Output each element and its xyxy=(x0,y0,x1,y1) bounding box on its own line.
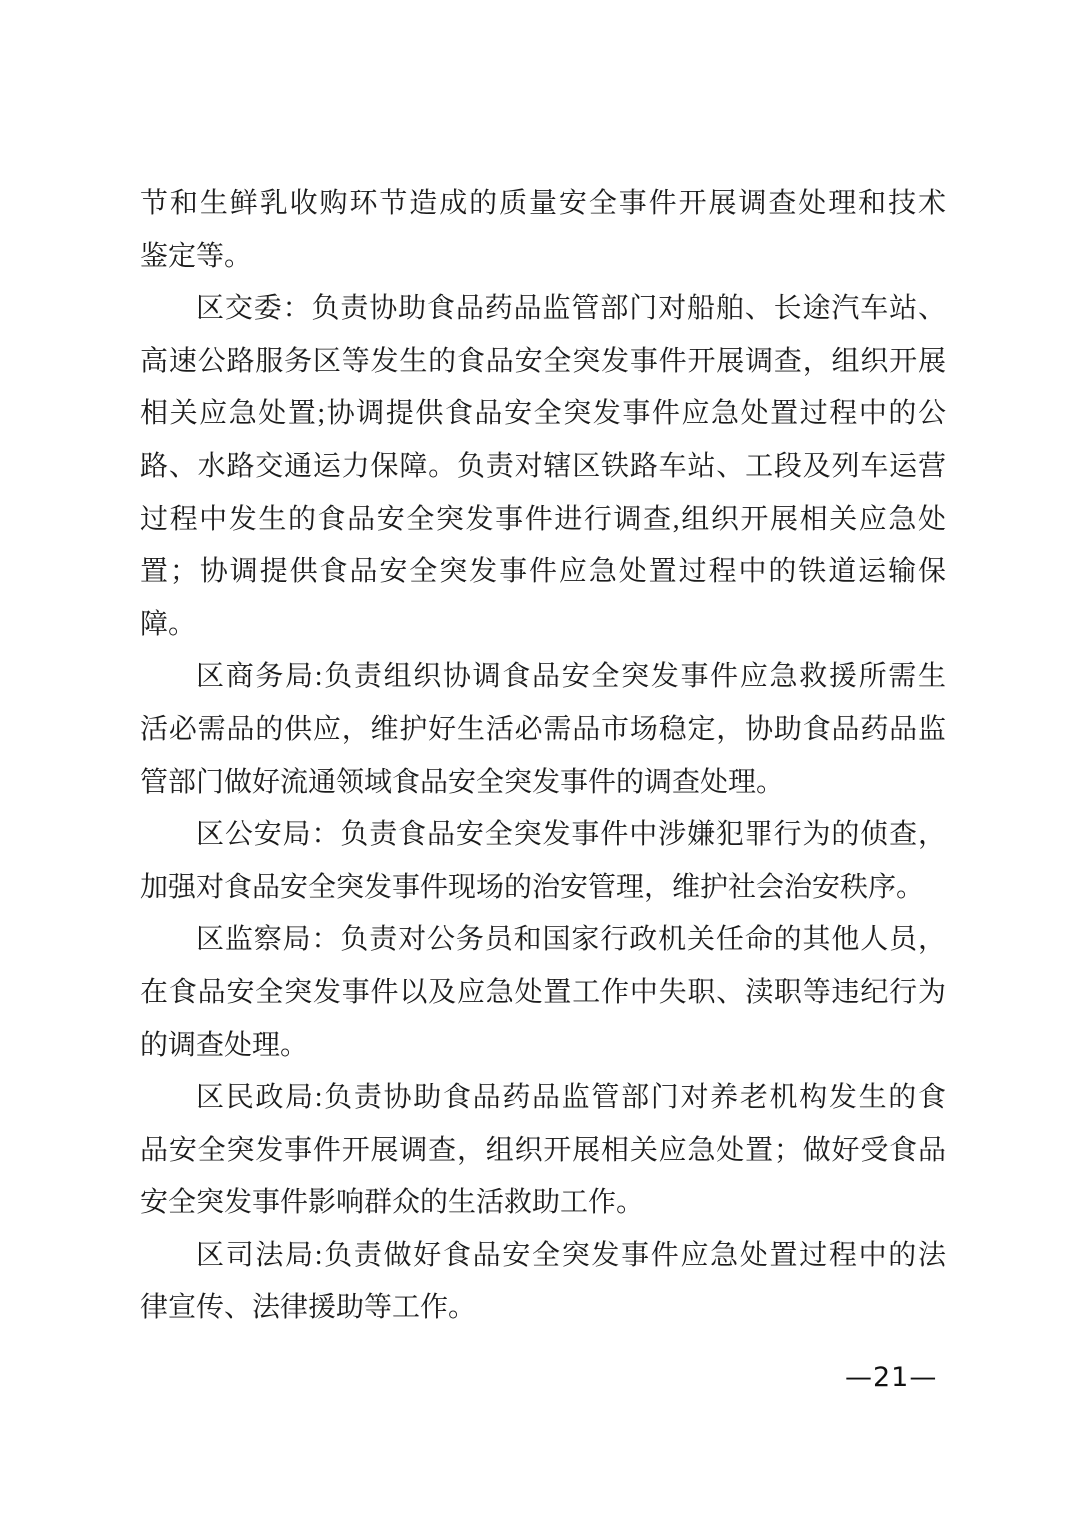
text-line: 节和生鲜乳收购环节造成的质量安全事件开展调查处理和技术 xyxy=(140,178,946,231)
text-line: 区监察局：负责对公务员和国家行政机关任命的其他人员， xyxy=(140,914,946,967)
page-number: —21— xyxy=(845,1362,937,1393)
text-line: 区公安局：负责食品安全突发事件中涉嫌犯罪行为的侦查， xyxy=(140,809,946,862)
paragraph-minzhengju: 区民政局:负责协助食品药品监管部门对养老机构发生的食 品安全突发事件开展调查，组… xyxy=(140,1072,946,1230)
text-line: 安全突发事件影响群众的生活救助工作。 xyxy=(140,1177,946,1230)
text-line: 鉴定等。 xyxy=(140,231,946,284)
text-line: 高速公路服务区等发生的食品安全突发事件开展调查，组织开展 xyxy=(140,336,946,389)
text-line: 过程中发生的食品安全突发事件进行调查,组织开展相关应急处 xyxy=(140,494,946,547)
text-line: 区交委：负责协助食品药品监管部门对船舶、长途汽车站、 xyxy=(140,283,946,336)
paragraph-gonganju: 区公安局：负责食品安全突发事件中涉嫌犯罪行为的侦查， 加强对食品安全突发事件现场… xyxy=(140,809,946,914)
text-line: 区司法局:负责做好食品安全突发事件应急处置过程中的法 xyxy=(140,1230,946,1283)
paragraph-shangwuju: 区商务局:负责组织协调食品安全突发事件应急救援所需生 活必需品的供应，维护好生活… xyxy=(140,651,946,809)
document-body: 节和生鲜乳收购环节造成的质量安全事件开展调查处理和技术 鉴定等。 区交委：负责协… xyxy=(140,178,946,1335)
paragraph-jiaowei: 区交委：负责协助食品药品监管部门对船舶、长途汽车站、 高速公路服务区等发生的食品… xyxy=(140,283,946,651)
text-line: 障。 xyxy=(140,599,946,652)
text-line: 活必需品的供应，维护好生活必需品市场稳定，协助食品药品监 xyxy=(140,704,946,757)
paragraph-continuation: 节和生鲜乳收购环节造成的质量安全事件开展调查处理和技术 鉴定等。 xyxy=(140,178,946,283)
document-page: 节和生鲜乳收购环节造成的质量安全事件开展调查处理和技术 鉴定等。 区交委：负责协… xyxy=(0,0,1074,1520)
paragraph-jianchaju: 区监察局：负责对公务员和国家行政机关任命的其他人员， 在食品安全突发事件以及应急… xyxy=(140,914,946,1072)
text-line: 区民政局:负责协助食品药品监管部门对养老机构发生的食 xyxy=(140,1072,946,1125)
text-line: 置；协调提供食品安全突发事件应急处置过程中的铁道运输保 xyxy=(140,546,946,599)
paragraph-sifaju: 区司法局:负责做好食品安全突发事件应急处置过程中的法 律宣传、法律援助等工作。 xyxy=(140,1230,946,1335)
text-line: 相关应急处置;协调提供食品安全突发事件应急处置过程中的公 xyxy=(140,388,946,441)
text-line: 在食品安全突发事件以及应急处置工作中失职、渎职等违纪行为 xyxy=(140,967,946,1020)
text-line: 的调查处理。 xyxy=(140,1020,946,1073)
text-line: 路、水路交通运力保障。负责对辖区铁路车站、工段及列车运营 xyxy=(140,441,946,494)
text-line: 区商务局:负责组织协调食品安全突发事件应急救援所需生 xyxy=(140,651,946,704)
text-line: 律宣传、法律援助等工作。 xyxy=(140,1282,946,1335)
text-line: 管部门做好流通领域食品安全突发事件的调查处理。 xyxy=(140,757,946,810)
text-line: 品安全突发事件开展调查，组织开展相关应急处置；做好受食品 xyxy=(140,1125,946,1178)
text-line: 加强对食品安全突发事件现场的治安管理，维护社会治安秩序。 xyxy=(140,862,946,915)
